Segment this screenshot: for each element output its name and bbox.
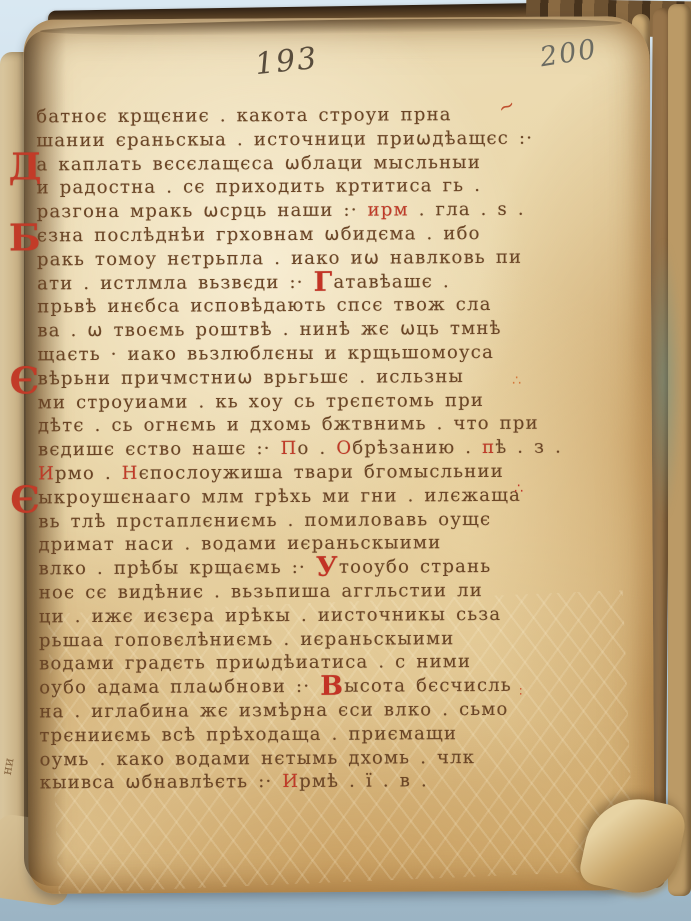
text-segment: рьшаа гоповєлѣниємь . иєраньскыими [39, 628, 455, 651]
text-line: прьвѣ инєбса исповѣдають спсє твож сла [37, 293, 542, 319]
text-line: ва . ѡ твоємь роштвѣ . нинѣ жє ѡць тмнѣ [37, 317, 542, 343]
text-line: ци . ижє иєзєра ирѣкы . иисточникы сьза [39, 602, 544, 628]
text-segment: трєнииємь всѣ прѣходаща . приємащи [39, 723, 457, 746]
text-segment: . гла . ѕ . [409, 199, 525, 221]
text-segment: оубо адама плаѡбнови :· [39, 676, 320, 698]
text-segment: шании єраньскыа . источници приѡдѣащєс :… [36, 128, 533, 152]
text-segment: батноє крщєниє . какота строуи прна [36, 104, 452, 127]
text-segment: ци . ижє иєзєра ирѣкы . иисточникы сьза [39, 604, 502, 627]
folio-number-center: 193 [253, 41, 320, 82]
text-line: ракь томоу нєтрьпла . иако иѡ навлковь п… [37, 245, 542, 271]
text-segment: У [316, 552, 339, 583]
text-segment: вь тлѣ прстаплєниємь . помиловавь оущє [38, 508, 491, 531]
text-segment: П [281, 438, 298, 459]
text-segment: а каплать вєсєлащєса ѡблаци мысльныи [36, 152, 481, 175]
text-segment: щаєть · иако вьзлюблєны и крщьшомоуса [37, 342, 494, 365]
text-segment: ыкроушєнааго млм грѣхь ми гни . илєжаща [38, 485, 521, 509]
margin-mark: ∶ [519, 686, 522, 699]
text-line: ати . истлмла вьзвєди :· Гатавѣашє . [37, 269, 542, 295]
text-line: шании єраньскыа . источници приѡдѣащєс :… [36, 126, 541, 152]
text-line: ноє сє видѣниє . вьзьпиша аггльстии ли [39, 579, 544, 605]
text-segment: ракь томоу нєтрьпла . иако иѡ навлковь п… [37, 247, 522, 271]
text-line: трєнииємь всѣ прѣходаща . приємащи [39, 721, 544, 747]
text-line: батноє крщєниє . какота строуи прна [36, 103, 541, 129]
text-segment: ысота бєсчисль [344, 675, 512, 697]
margin-mark: ни [1, 757, 17, 776]
text-segment: п [482, 437, 495, 458]
text-segment: єзна послѣднѣи грховнам ѡбидєма . ибо [37, 223, 481, 246]
text-line: ми строуиами . кь хоу сь трєпєтомь при [38, 388, 543, 414]
text-segment: и радостна . сє приходить кртитиса гь . [37, 175, 482, 198]
text-segment: рмѣ . ї . в . [299, 771, 428, 793]
text-line: влко . прѣбы крщаємь :· Утооубо странь [39, 555, 544, 581]
text-segment: ми строуиами . кь хоу сь трєпєтомь при [38, 390, 484, 413]
text-segment: прьвѣ инєбса исповѣдають спсє твож сла [37, 294, 491, 317]
text-line: на . иглабина жє измѣрна єси влко . сьмо [39, 698, 544, 724]
text-segment: Г [314, 266, 334, 297]
text-line: рьшаа гоповєлѣниємь . иєраньскыими [39, 626, 544, 652]
text-segment: ва . ѡ твоємь роштвѣ . нинѣ жє ѡць тмнѣ [37, 318, 501, 341]
text-line: оубо адама плаѡбнови :· Высота бєсчисль [39, 674, 544, 700]
text-line: Єыкроушєнааго млм грѣхь ми гни . илєжаща [38, 483, 543, 509]
text-segment: ѣ . з . [495, 437, 562, 458]
text-segment: разгона мракь ѡсрць наши :· [37, 200, 368, 223]
text-segment: рмо . [55, 463, 122, 484]
text-line: дѣтє . сь огнємь и дхомь бжтвнимь . что … [38, 412, 543, 438]
text-line: вь тлѣ прстаплєниємь . помиловавь оущє [38, 507, 543, 533]
text-segment: водами градєть приѡдѣиатиса . с ними [39, 651, 471, 674]
text-line: разгона мракь ѡсрць наши :· ирм . гла . … [37, 198, 542, 224]
text-segment: В [320, 671, 344, 702]
text-line: вєдишє єство нашє :· По . Обрѣзанию . пѣ… [38, 436, 543, 462]
text-line: оумь . како водами нєтымь дхомь . члк [40, 745, 545, 771]
rubric-drop-cap: Є [10, 481, 41, 518]
text-segment: оумь . како водами нєтымь дхомь . члк [40, 747, 476, 770]
text-segment: ноє сє видѣниє . вьзьпиша аггльстии ли [39, 580, 483, 603]
text-segment: И [282, 771, 299, 792]
text-line: кыивса ѡбнавлѣєть :· Ирмѣ . ї . в . [40, 769, 545, 795]
margin-mark: ∴ [512, 374, 521, 388]
text-segment: влко . прѣбы крщаємь :· [39, 557, 316, 579]
text-block: батноє крщєниє . какота строуи прнашании… [36, 103, 545, 796]
text-line: Ирмо . Нєпослоужиша твари бгомысльнии [38, 460, 543, 486]
rubric-drop-cap: Є [10, 362, 41, 399]
text-segment: атавѣашє . [333, 271, 450, 293]
text-line: щаєть · иако вьзлюблєны и крщьшомоуса [37, 341, 542, 367]
text-segment: дримат наси . водами иєраньскыими [38, 533, 441, 556]
text-line: и радостна . сє приходить кртитиса гь . [37, 174, 542, 200]
text-line: Євѣрьни причмстниѡ врьгьшє . исльзны [38, 364, 543, 390]
text-segment: єпослоужиша твари бгомысльнии [139, 461, 504, 484]
text-segment: вєдишє єство нашє :· [38, 438, 281, 460]
text-segment: на . иглабина жє измѣрна єси влко . сьмо [39, 699, 508, 722]
text-segment: вѣрьни причмстниѡ врьгьшє . исльзны [38, 366, 465, 389]
manuscript-photo: 193 200 батноє крщєниє . какота строуи п… [0, 0, 691, 921]
text-segment: О [336, 438, 352, 459]
text-segment: тооубо странь [339, 556, 491, 578]
text-segment: о . [297, 438, 336, 459]
text-line: дримат наси . водами иєраньскыими [38, 531, 543, 557]
text-segment: ирм [368, 200, 409, 221]
text-segment: дѣтє . сь огнємь и дхомь бжтвнимь . что … [38, 413, 539, 437]
text-line: Бєзна послѣднѣи грховнам ѡбидєма . ибо [37, 222, 542, 248]
text-line: водами градєть приѡдѣиатиса . с ними [39, 650, 544, 676]
text-segment: ати . истлмла вьзвєди :· [37, 271, 314, 293]
text-segment: брѣзанию . [352, 437, 482, 459]
text-segment: кыивса ѡбнавлѣєть :· [40, 771, 283, 793]
margin-mark: ∴ [514, 482, 523, 496]
text-line: Да каплать вєсєлащєса ѡблаци мысльныи [36, 150, 541, 176]
text-segment: Н [122, 463, 139, 484]
